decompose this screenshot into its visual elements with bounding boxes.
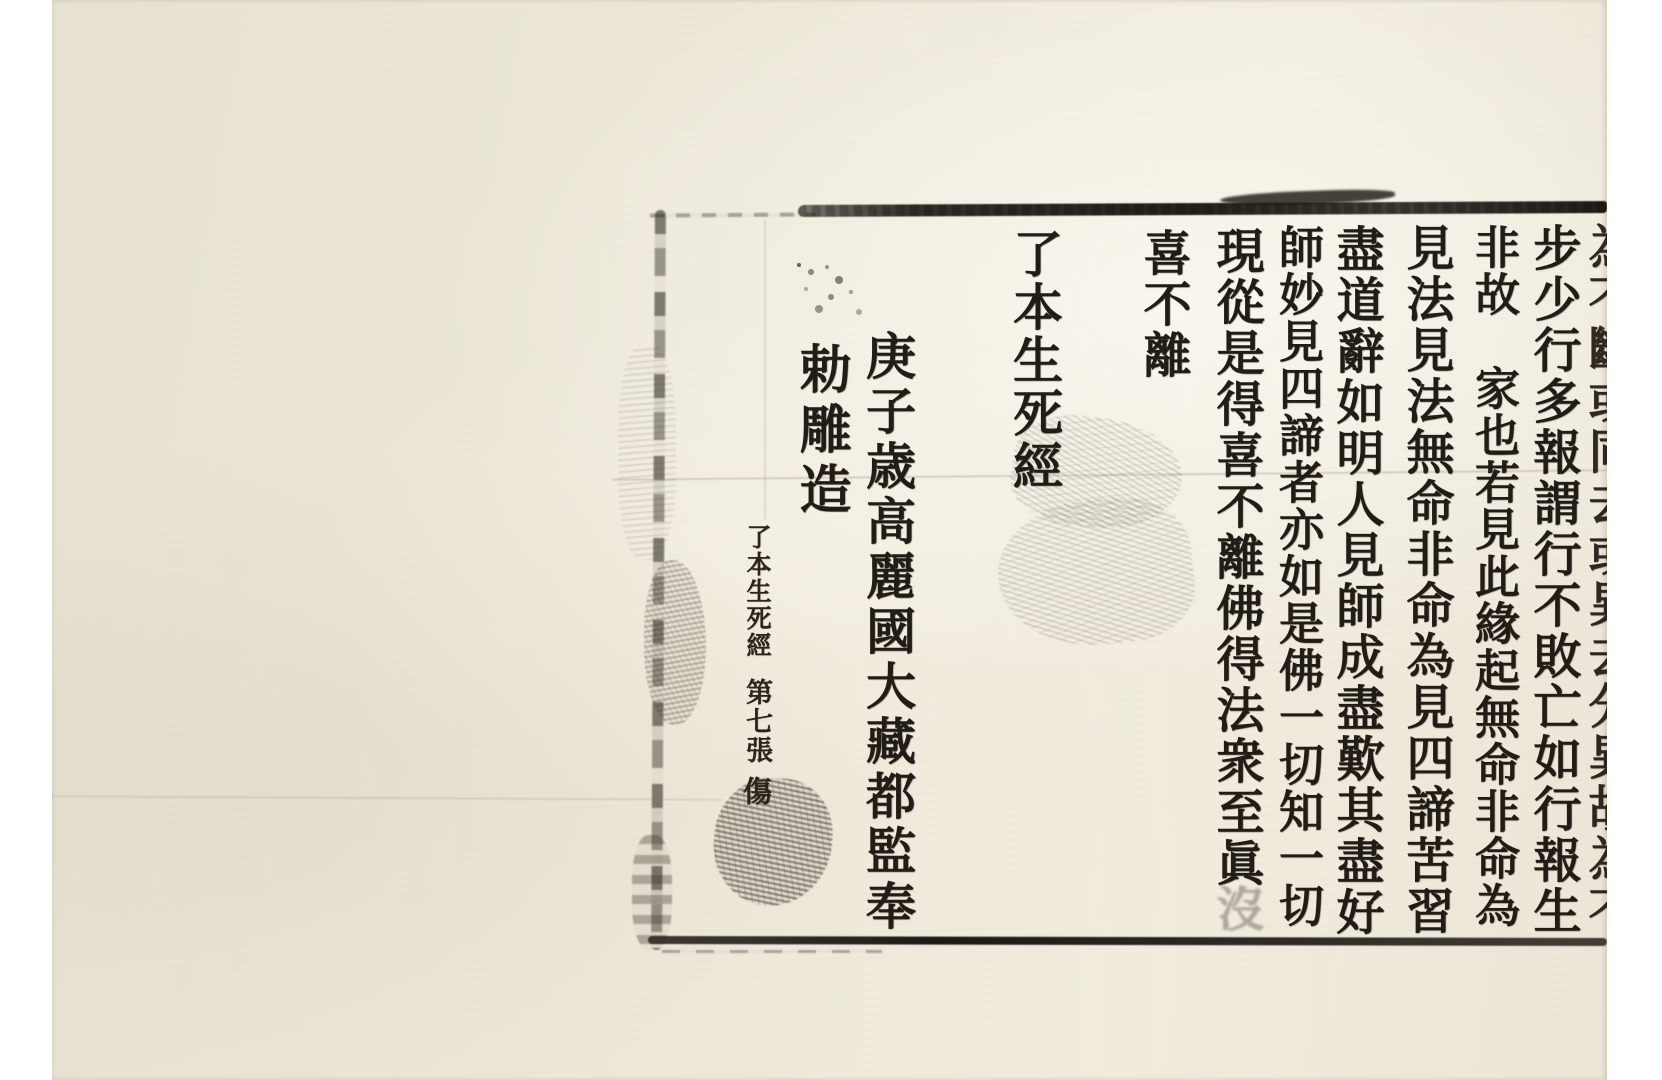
ink-smudge-left-margin-lower	[632, 835, 672, 950]
colophon-edict-line: 勅雕造	[783, 342, 858, 522]
sutra-text-column-5: 盡道辭如明人見師成盡歎其盡好	[1322, 224, 1391, 938]
sutra-text-column-6: 師妙見四諦者亦如是佛一切知一切	[1265, 224, 1330, 929]
margin-volume-marker: 傷	[736, 776, 777, 807]
margin-sheet-number: 第七張	[737, 678, 776, 765]
sutra-text-column-3: 非故 家也若見此緣起無命非命為	[1461, 224, 1526, 929]
paper-sheet: 為不斷或同去或異去分異故為不 步少行多報謂行不敗亡如行報生 非故 家也若見此緣起…	[52, 0, 1607, 1080]
woodblock-top-border-faint	[650, 212, 815, 217]
margin-title-small: 了本生死經	[739, 524, 775, 659]
ink-speck-cluster	[797, 263, 801, 267]
sutra-end-title: 了本生死經	[998, 228, 1070, 493]
colophon-date-line: 庚子歳高麗國大藏都監奉	[851, 330, 923, 935]
woodblock-bottom-border-smudge	[662, 950, 882, 953]
sutra-text-column-8: 喜不離	[1129, 228, 1198, 381]
sutra-text-column-7: 現從是得喜不離佛得法衆至眞	[1202, 226, 1271, 889]
scan-background: 為不斷或同去或異去分異故為不 步少行多報謂行不敗亡如行報生 非故 家也若見此緣起…	[0, 0, 1662, 1080]
woodblock-bottom-border	[648, 936, 1607, 946]
sutra-text-column-4: 見法見法無命非命為見四諦苦習	[1392, 223, 1461, 937]
ink-smudge-center-lower	[991, 490, 1200, 655]
paper-crease-lower-left	[52, 795, 722, 801]
woodblock-top-border	[798, 201, 1607, 217]
ink-smudge-left-margin-upper	[618, 345, 676, 560]
paper-crease-vertical	[764, 220, 766, 520]
sutra-text-column-2: 步少行多報謂行不敗亡如行報生	[1519, 223, 1588, 937]
ink-smudge-left-margin-middle	[644, 560, 706, 725]
sutra-text-faded-character: 沒	[1202, 884, 1271, 935]
